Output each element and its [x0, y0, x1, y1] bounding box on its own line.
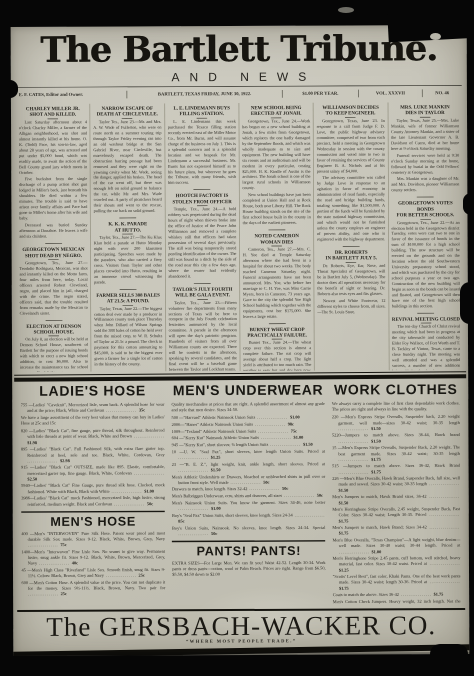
- article-paragraph: The ten-day Church of Christ revival mee…: [392, 325, 460, 371]
- ad-item: 895 —Ladies' "Black Cat". Full Fashioned…: [21, 447, 165, 465]
- news-column: NARROW ESCAPE OF DEATH AT CIRCLEVILLE.Ta…: [90, 103, 166, 371]
- news-column: WILLIAMSON DECIDES TO KEEP ENGINEER.Geor…: [313, 102, 389, 370]
- ad-item-leader: ................: [399, 592, 434, 597]
- ad-item-text: 2006—"Hanes" Athletic Nainsook Union Sui…: [172, 422, 254, 427]
- article-paragraph: Dr. Roberts, Eye, Ear, Nose, and Throat …: [317, 264, 385, 298]
- advertisement-section: LADIE'S HOSE755 —Ladies' "Caveknit", Mer…: [17, 382, 464, 606]
- ad-item: 45 —Men's High Class "Riverland" Lisle S…: [21, 567, 165, 579]
- scanned-newspaper-page: { "masthead": { "title": "The Bartlett T…: [0, 0, 474, 676]
- ad-item: 515 —Jumpers to match above. Sizes 36-42…: [332, 464, 460, 476]
- article-paragraph: L. E. Lindemann this week purchased the …: [168, 120, 236, 187]
- article-headline: NOTED CAMERON WOMAN DIES: [243, 233, 311, 245]
- ad-item-leader: ................: [27, 458, 60, 463]
- article-paragraph: Last Saturday afternoon about 4 o'clock …: [19, 120, 87, 176]
- article-headline: K. K. K. PARADE AT HUTTO.: [94, 221, 162, 233]
- article-headline: FARMER SELLS 388 BALES AT 21.5c A POUND.: [94, 292, 162, 304]
- ad-item: 915 —Ladies' "Black Cat" OUTSIZE, made l…: [21, 465, 165, 483]
- ad-item-price: 50c: [282, 487, 288, 492]
- section-divider-rule: [14, 371, 466, 381]
- headline-rule: [271, 117, 282, 118]
- article-headline: BURNET WHEAT CROP PRACTICALLY FAILURE.: [243, 326, 311, 338]
- ad-item: "Scotts' Level Best", fast color, Khaki …: [333, 574, 461, 592]
- article-paragraph: Georgetown, Tex., June 27.—Teodolio Rodr…: [19, 261, 87, 317]
- ad-item-leader: ................: [255, 415, 290, 420]
- ad-item-price: $1.50: [371, 426, 381, 431]
- dateline-bar: E. F. CATES, Editor and Owner. BARTLETT,…: [16, 85, 462, 101]
- ad-item-text: Men's Jumpers to match, Hawk Brand sizes…: [332, 494, 426, 499]
- newspaper-title: The Bartlett Tribune.: [11, 28, 467, 71]
- ad-item-leader: ................: [247, 487, 282, 492]
- article-headline: NARROW ESCAPE OF DEATH AT CIRCLEVILLE.: [93, 105, 161, 117]
- headline-rule: [122, 118, 133, 119]
- ad-item-leader: ................: [37, 561, 72, 566]
- ad-item-text: 10 —U. W. "Seal Pax", short sleeves, kne…: [172, 449, 325, 455]
- ad-item-leader: ................: [104, 573, 139, 578]
- ad-item-leader: ................: [178, 455, 211, 460]
- ad-item-text: Coats to match the above. Sizes 36-42: [333, 593, 399, 598]
- article-headline: REVIVAL MEETING CLOSED: [392, 316, 460, 322]
- article-headline: MRS. LUKE MANKIN DIES IN TAYLOR: [391, 104, 459, 116]
- ad-item: Drawers to match, knee length. Sizes 32-…: [172, 487, 325, 493]
- ad-item-leader: ................: [28, 543, 61, 548]
- article-paragraph: Mrs. Mankin was a daughter of Mr. and Mr…: [391, 177, 459, 194]
- headline-rule: [123, 234, 134, 235]
- ad-item: 604 —"Kerry Kut" Nainsook Athletic Union…: [172, 435, 325, 441]
- article-paragraph: Taylor, Texas, June 22.—The biggest cott…: [94, 307, 162, 369]
- ad-item-price: 25c: [61, 592, 67, 597]
- article-separator: [120, 289, 137, 290]
- article-separator: [45, 320, 62, 321]
- article-separator: [194, 190, 211, 191]
- ad-item: 500 —"Harvard" Athletic Nainsook Union S…: [172, 415, 325, 421]
- article-headline: ELECTION AT DENSON SCHOOL HOUSE.: [20, 323, 88, 335]
- headline-rule: [197, 299, 208, 300]
- ad-intro-text: We always carry a complete line of first…: [332, 401, 460, 413]
- ad-item-leader: ................: [427, 580, 460, 585]
- volume-number: VOL. XXXVII: [358, 89, 422, 97]
- ad-item: Men's Nainsook Union Suits. You know the…: [172, 500, 325, 512]
- ad-item-text: Boy's Union Suits, Nainsook. No sleeves,…: [172, 525, 325, 531]
- ad-item-text: 5220—Jumpers to match above. Sizes 36-44…: [332, 433, 460, 438]
- article-paragraph: On July 8, an election will be held at D…: [20, 338, 88, 372]
- article-separator: [417, 197, 434, 198]
- ad-item: 15 —Men's Express Stripe Overalls, Suspe…: [332, 445, 460, 463]
- article-headline: GEORGETOWN MEXICAN SHOT DEAD BY NEGRO.: [19, 247, 87, 259]
- ad-item-price: $1.50: [339, 488, 349, 493]
- article-paragraph: Georgetown, Tex., June 24.—Work has begu…: [242, 119, 310, 192]
- ad-item-text: 1009—"Texland" Athletic Nainsook Union S…: [172, 429, 257, 434]
- ad-item-price: $1.75: [371, 457, 381, 462]
- ad-item-price: $1.50: [339, 500, 349, 505]
- ad-item-leader: ................: [426, 494, 460, 499]
- article-separator: [119, 218, 136, 219]
- ad-item-price: $1.25: [339, 568, 349, 573]
- ad-item-price: $2.50: [27, 477, 37, 482]
- ad-column: WORK CLOTHESWe always carry a complete l…: [328, 382, 464, 605]
- ad-item: Boy's Union Suits, Nainsook. No sleeves,…: [172, 525, 325, 537]
- article-separator: [417, 313, 434, 314]
- ad-column: LADIE'S HOSE755 —Ladies' "Caveknit", Mer…: [17, 383, 169, 606]
- article-paragraph: Burnet Tex., June 24.—The wheat crop ove…: [243, 341, 311, 371]
- ad-item-leader: ................: [256, 429, 291, 434]
- ad-intro-text: Quality merchandise at prices that are r…: [171, 402, 324, 414]
- ad-item-leader: ................: [253, 422, 288, 427]
- ad-item-leader: ................: [339, 549, 372, 554]
- ad-item-leader: ................: [178, 506, 211, 511]
- ad-item-text: 604 —"Kerry Kut" Nainsook Athletic Union…: [172, 436, 259, 441]
- ad-item-price: 25c: [139, 573, 145, 578]
- store-slogan: “WHERE MOST PEOPLE TRADE.”: [18, 638, 464, 645]
- ad-item-text: 23 —"B. E. Z.", light weight, knit, ankl…: [172, 462, 325, 468]
- ad-item: Men's Herringbone Stripe 2.45 pants, cuf…: [333, 556, 461, 574]
- ad-item-leader: ................: [338, 470, 371, 475]
- ad-item-leader: ................: [110, 489, 145, 494]
- ad-item-text: Men's Blue Overalls, "Texas Champion"—A …: [332, 538, 460, 549]
- article-headline: WILLIAMSON DECIDES TO KEEP ENGINEER.: [316, 104, 384, 116]
- headline-rule: [271, 246, 282, 247]
- ad-item-leader: ................: [426, 513, 460, 518]
- ad-item-price: 50c: [147, 501, 153, 506]
- ad-item: Men's Blue Overalls, "Texas Champion"—A …: [332, 538, 460, 556]
- headline-rule: [48, 118, 59, 119]
- ad-item: 5220—Jumpers to match above. Sizes 36-44…: [332, 433, 460, 445]
- ad-item-price: 50c: [317, 493, 323, 498]
- headline-rule: [420, 117, 431, 118]
- article-paragraph: The advisory committee was called by Jud…: [317, 176, 385, 243]
- ad-item-leader: ................: [259, 436, 294, 441]
- article-paragraph: Newest and White Footwear, 12 different …: [317, 299, 385, 316]
- ad-item-leader: ................: [268, 442, 303, 447]
- ad-item-price: 35c: [139, 408, 145, 413]
- headline-rule: [420, 219, 431, 220]
- ad-item-price: 98c: [288, 422, 294, 427]
- ad-item-price: $1.00: [371, 549, 381, 554]
- ad-item-text: 945 —"Kerry Kut", short sleeves; ¾ lengt…: [172, 442, 269, 447]
- ad-item-text: Men's Jumpers to match, Hawk Brand; Size…: [332, 525, 426, 530]
- ad-item-text: 15 —Men's Express Stripe Overalls, Suspe…: [332, 445, 460, 456]
- ad-item-leader: ................: [229, 480, 264, 485]
- ad-item-price: $1.50: [303, 442, 313, 447]
- ad-item-text: 895 —Ladies' "Black Cat". Full Fashioned…: [21, 447, 165, 458]
- ad-item: 400 —Men's "INTERWOVEN" Pure Silk Hose. …: [21, 531, 165, 549]
- ad-item-leader: ................: [178, 531, 211, 536]
- ad-item: Men's Athletic Undershirts or Drawers, b…: [172, 474, 325, 486]
- newspaper-sheet: The Bartlett Tribune. AND NEWS E. F. CAT…: [11, 25, 470, 656]
- ad-item-leader: ................: [132, 471, 165, 476]
- ad-item-text: Men's Nainsook Union Suits. You know the…: [172, 500, 325, 506]
- ad-item: 755 —Ladies' "Caveknit", Mercerized lisl…: [21, 402, 165, 414]
- news-column: L. E. LINDEMANN BUYS FILLING STATION.L. …: [164, 103, 240, 371]
- ad-item-price: 75c: [60, 543, 66, 548]
- ad-item-price: 85c: [178, 519, 184, 524]
- news-column: CHARLEY MILLER JR. SHOT AND KILLED.Last …: [16, 104, 91, 372]
- ad-item-leader: ................: [112, 501, 147, 506]
- ad-item-leader: ................: [282, 493, 317, 498]
- ad-intro-text: EXTRA SIZES—For Large Men. We can fit yo…: [172, 560, 325, 578]
- ad-item-leader: ................: [427, 525, 461, 530]
- news-column: NEW SCHOOL BEING ERECTED AT JONAH.George…: [239, 103, 315, 371]
- ad-item: Men's Cotton Check Jumpers. Heavy weight…: [333, 599, 461, 605]
- ad-item-price: $1.98: [27, 440, 37, 445]
- ad-item-price: $2.98: [60, 458, 70, 463]
- article-separator: [194, 283, 211, 284]
- article-paragraph: New school buildings have just been comp…: [242, 193, 310, 227]
- ad-item-text: 600 —Men's Cotton Hose. A splendid value…: [22, 580, 166, 591]
- headline-rule: [421, 323, 432, 324]
- ad-section-header: LADIE'S HOSE: [21, 383, 165, 400]
- article-paragraph: Funeral services were held at 9:30 o'clo…: [391, 154, 459, 177]
- article-paragraph: Taylor, Texas, June 25.—Mrs. Luke Mankin…: [391, 119, 459, 153]
- article-headline: DR. ROBERTS IN BARTLETT JULY 5.: [317, 249, 385, 261]
- ad-item: 945 —"Kerry Kut", short sleeves; ¾ lengt…: [172, 442, 325, 448]
- article-separator: [268, 230, 285, 231]
- ad-item: 5940—Ladies' "Black Cat" Fine Gauge, pur…: [21, 483, 165, 495]
- ad-item-text: 500 —"Harvard" Athletic Nainsook Union S…: [172, 415, 256, 420]
- ad-item: Coats to match the above. Sizes 36-42 ..…: [333, 592, 461, 598]
- ad-item-price: 75c: [291, 429, 297, 434]
- ad-item-price: $1.25: [211, 455, 221, 460]
- ad-item: 1009—"Texland" Athletic Nainsook Union S…: [172, 429, 325, 435]
- ad-column: MEN'S UNDERWEARQuality merchandise at pr…: [168, 383, 329, 606]
- headline-rule: [272, 339, 283, 340]
- headline-rule: [196, 118, 207, 119]
- ad-intro-text: We have a large assortment of the very b…: [21, 415, 165, 427]
- ad-item: Men's Jumpers to match, Hawk Brand sizes…: [332, 494, 460, 506]
- ad-item-price: $1.75: [371, 470, 381, 475]
- ad-item: Men's Herringbone Stripe Overalls, 2.45 …: [332, 507, 460, 525]
- ad-item-leader: ................: [427, 562, 461, 567]
- article-paragraph: Five buckshot from the single discharge …: [19, 177, 87, 222]
- issue-number: NO. 46: [422, 89, 462, 97]
- ad-item-leader: ................: [293, 513, 326, 518]
- ad-item-price: 50c: [263, 480, 269, 485]
- ad-item-price: $1.75: [339, 519, 349, 524]
- article-headline: NEW SCHOOL BEING ERECTED AT JONAH.: [242, 105, 310, 117]
- editor-credit: E. F. CATES, Editor and Owner.: [16, 90, 127, 98]
- ad-item-leader: ................: [28, 592, 61, 597]
- headline-rule: [346, 262, 357, 263]
- ad-item: Men's Jumpers to match, Hawk Brand; Size…: [332, 525, 460, 537]
- headline-rule: [197, 205, 208, 206]
- article-headline: HOOTCH FACTORY IS STOLEN FROM OFFICER: [168, 193, 236, 205]
- article-separator: [45, 243, 62, 244]
- news-column: MRS. LUKE MANKIN DIES IN TAYLORTaylor, T…: [387, 102, 463, 370]
- headline-rule: [123, 305, 134, 306]
- article-paragraph: Deceased was buried Sunday afternoon at …: [19, 224, 87, 241]
- ad-item: 10 —U. W. "Seal Pax", short sleeves, kne…: [172, 449, 325, 461]
- ad-item: Boy's "Seal Pax" Union Suits, short slee…: [172, 513, 325, 525]
- article-headline: TAYLOR'S JULY FOURTH WILL BE GALA EVENT.: [168, 286, 236, 298]
- ad-item-price: 50c: [211, 531, 217, 536]
- ad-item-price: $1.50: [371, 439, 381, 444]
- ad-item-price: $1.50: [211, 468, 221, 473]
- article-separator: [269, 323, 286, 324]
- subscription-price: $1.00 PER YEAR.: [282, 89, 358, 97]
- article-paragraph: Georgetown, Tex., June 22.—At an electio…: [391, 221, 460, 311]
- ad-item: 3986—Ladies' "Black Cat" mock Fashioned,…: [21, 496, 165, 508]
- ad-section-header: WORK CLOTHES: [332, 382, 460, 399]
- article-paragraph: Georgetown, Texas, June 23. In response …: [317, 119, 385, 175]
- ad-item: 820 —Ladies' "Black Cat", fine gauge, pu…: [21, 428, 165, 446]
- headline-rule: [49, 336, 60, 337]
- ad-item-price: $1.75: [339, 531, 349, 536]
- scan-speck-light: [338, 7, 354, 13]
- publication-dateline: BARTLETT, TEXAS FRIDAY, JUNE 30, 1922.: [127, 90, 282, 98]
- newspaper-subtitle: AND NEWS: [11, 69, 467, 85]
- ad-item-leader: ................: [132, 434, 165, 439]
- article-headline: L. E. LINDEMANN BUYS FILLING STATION.: [168, 105, 236, 117]
- ad-item-leader: ................: [427, 482, 460, 487]
- ad-item-text: Drawers to match, knee length. Sizes 32-…: [172, 487, 248, 492]
- article-headline: CHARLEY MILLER JR. SHOT AND KILLED.: [19, 106, 87, 118]
- ad-item-price: 40c: [72, 561, 78, 566]
- ad-item: 226 —Men's Blue Overalls, Hawk Brand, Su…: [332, 476, 460, 494]
- ad-item: 220 —Men's Express Stripe Overalls, Susp…: [332, 415, 460, 433]
- ad-item-text: Boy's "Seal Pax" Union Suits, short slee…: [172, 513, 293, 518]
- ad-item: Men's Balbriggan Underwear, ecru, shirts…: [172, 493, 325, 499]
- ad-item-price: $1.00: [211, 506, 221, 511]
- article-paragraph: Taylor, Tex., June 23.—Fifteen volunteer…: [168, 301, 236, 372]
- ad-item: 23 —"B. E. Z.", light weight, knit, ankl…: [172, 462, 325, 474]
- ad-subsection-header: PANTS! PANTS!: [172, 540, 325, 559]
- article-headline: GEORGETOWN VOTES BONDS FOR BETTER SCHOOL…: [391, 200, 459, 218]
- ad-item-price: $1.75: [339, 586, 349, 591]
- ad-item-text: 400 —Men's "INTERWOVEN" Pure Silk Hose. …: [21, 531, 165, 542]
- ad-item: 600 —Men's Cotton Hose. A splendid value…: [22, 580, 166, 598]
- ad-item: 2006—"Hanes" Athletic Nainsook Union Sui…: [172, 422, 325, 428]
- headline-rule: [48, 259, 59, 260]
- ad-item-leader: ................: [338, 426, 371, 431]
- ad-item-text: 515 —Jumpers to match above. Sizes 36-42…: [332, 464, 460, 469]
- ad-item-leader: ................: [178, 468, 211, 473]
- ad-subsection-header: MEN'S HOSE: [21, 511, 165, 530]
- ad-item-leader: ................: [338, 439, 371, 444]
- article-separator: [343, 246, 360, 247]
- article-paragraph: Cameron, Tex., June 27.—Mrs. C. H. Yoe d…: [243, 248, 311, 321]
- ad-section-header: MEN'S UNDERWEAR: [171, 383, 324, 400]
- article-paragraph: Taylor Tex., June 23.—Mr. and Mrs. A. W.…: [93, 120, 162, 215]
- ad-item-price: $1.00: [294, 436, 304, 441]
- article-paragraph: Temple, Tex., June 24.—A bold robbery wa…: [168, 207, 236, 280]
- ad-item-leader: ................: [104, 408, 139, 413]
- ad-item-leader: ................: [338, 457, 371, 462]
- ad-item-text: 220 —Men's Express Stripe Overalls, Susp…: [332, 415, 460, 426]
- ad-item: 1400—Men's "Interwoven" Fine Lisle Sox. …: [21, 549, 165, 567]
- ad-item-price: $1.00: [290, 415, 300, 420]
- news-section: CHARLEY MILLER JR. SHOT AND KILLED.Last …: [16, 102, 463, 372]
- ad-item-price: $1.75: [434, 592, 444, 597]
- article-paragraph: Taylor, Tex., June 27.—The Ku Klux Klan …: [94, 236, 162, 286]
- ad-item-price: $1.00: [144, 489, 154, 494]
- ad-item-text: Men's Balbriggan Underwear, ecru, shirts…: [172, 494, 282, 499]
- headline-rule: [345, 117, 356, 118]
